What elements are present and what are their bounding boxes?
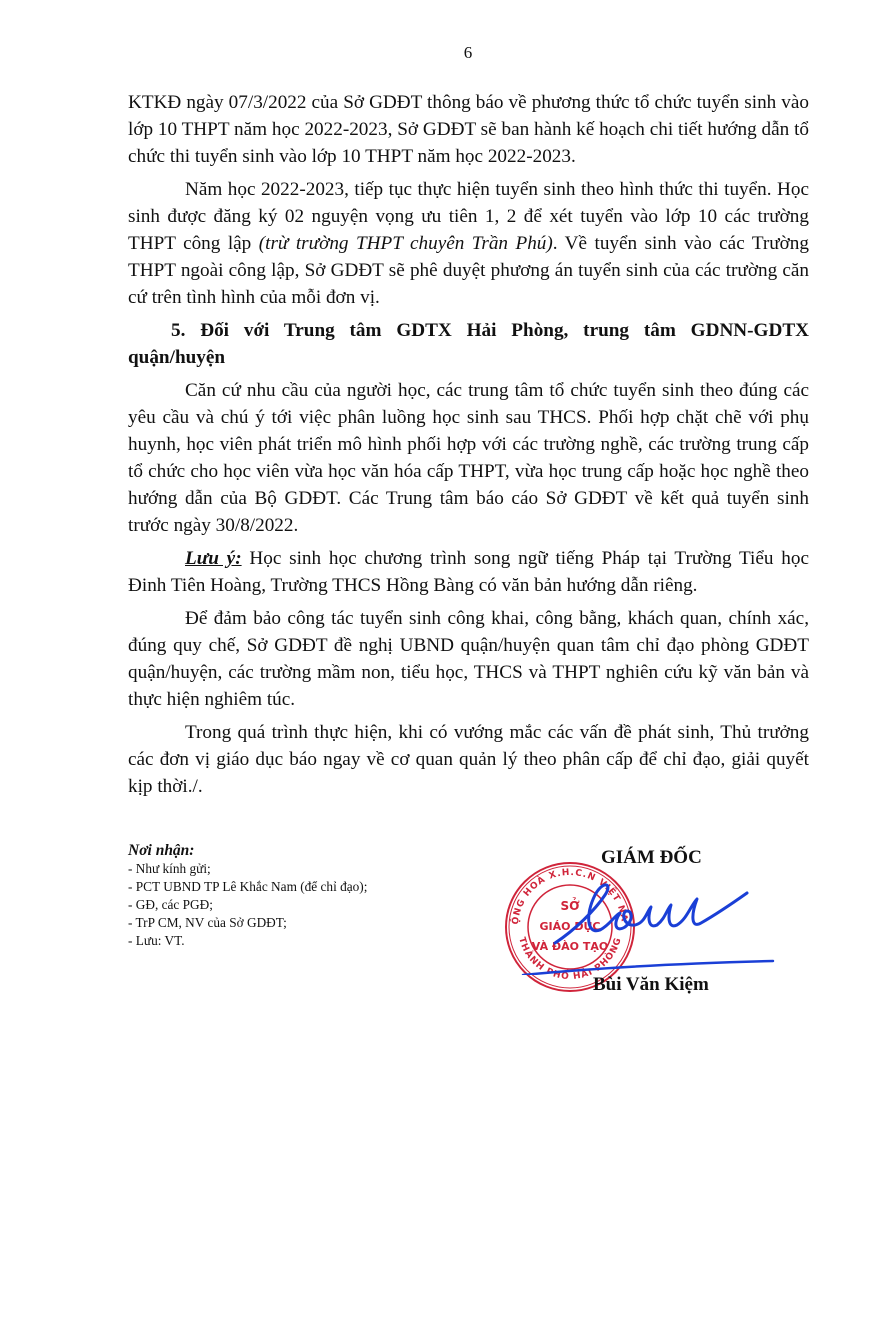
recipient-item: - GĐ, các PGĐ; [128,896,468,914]
recipient-item: - Lưu: VT. [128,932,468,950]
paragraph-italic-note: (trừ trường THPT chuyên Trần Phú) [259,233,553,254]
page-number: 6 [0,43,892,63]
recipient-item: - Như kính gửi; [128,860,468,878]
paragraph-exam-admission: Năm học 2022-2023, tiếp tục thực hiện tu… [128,176,809,311]
document-body: KTKĐ ngày 07/3/2022 của Sở GDĐT thông bá… [128,89,809,806]
recipient-item: - TrP CM, NV của Sở GDĐT; [128,914,468,932]
paragraph-centers: Căn cứ nhu cầu của người học, các trung … [128,377,809,539]
recipients-list: - Như kính gửi; - PCT UBND TP Lê Khắc Na… [128,860,468,950]
section-heading-5: 5. Đối với Trung tâm GDTX Hải Phòng, tru… [128,317,809,371]
paragraph-note: Lưu ý: Học sinh học chương trình song ng… [128,545,809,599]
recipient-item: - PCT UBND TP Lê Khắc Nam (để chỉ đạo); [128,878,468,896]
recipients-title: Nơi nhận: [128,841,468,860]
signer-name: Bùi Văn Kiệm [593,974,709,996]
paragraph-continuation: KTKĐ ngày 07/3/2022 của Sở GDĐT thông bá… [128,89,809,170]
recipients-block: Nơi nhận: - Như kính gửi; - PCT UBND TP … [128,841,468,950]
handwritten-signature-icon [515,875,805,975]
signature-block: GIÁM ĐỐC CỘNG HOÀ X.H.C.N VIỆT NAM THÀNH… [495,845,815,1005]
note-label: Lưu ý: [185,548,242,569]
paragraph-fairness: Để đảm bảo công tác tuyển sinh công khai… [128,605,809,713]
paragraph-closing: Trong quá trình thực hiện, khi có vướng … [128,719,809,800]
